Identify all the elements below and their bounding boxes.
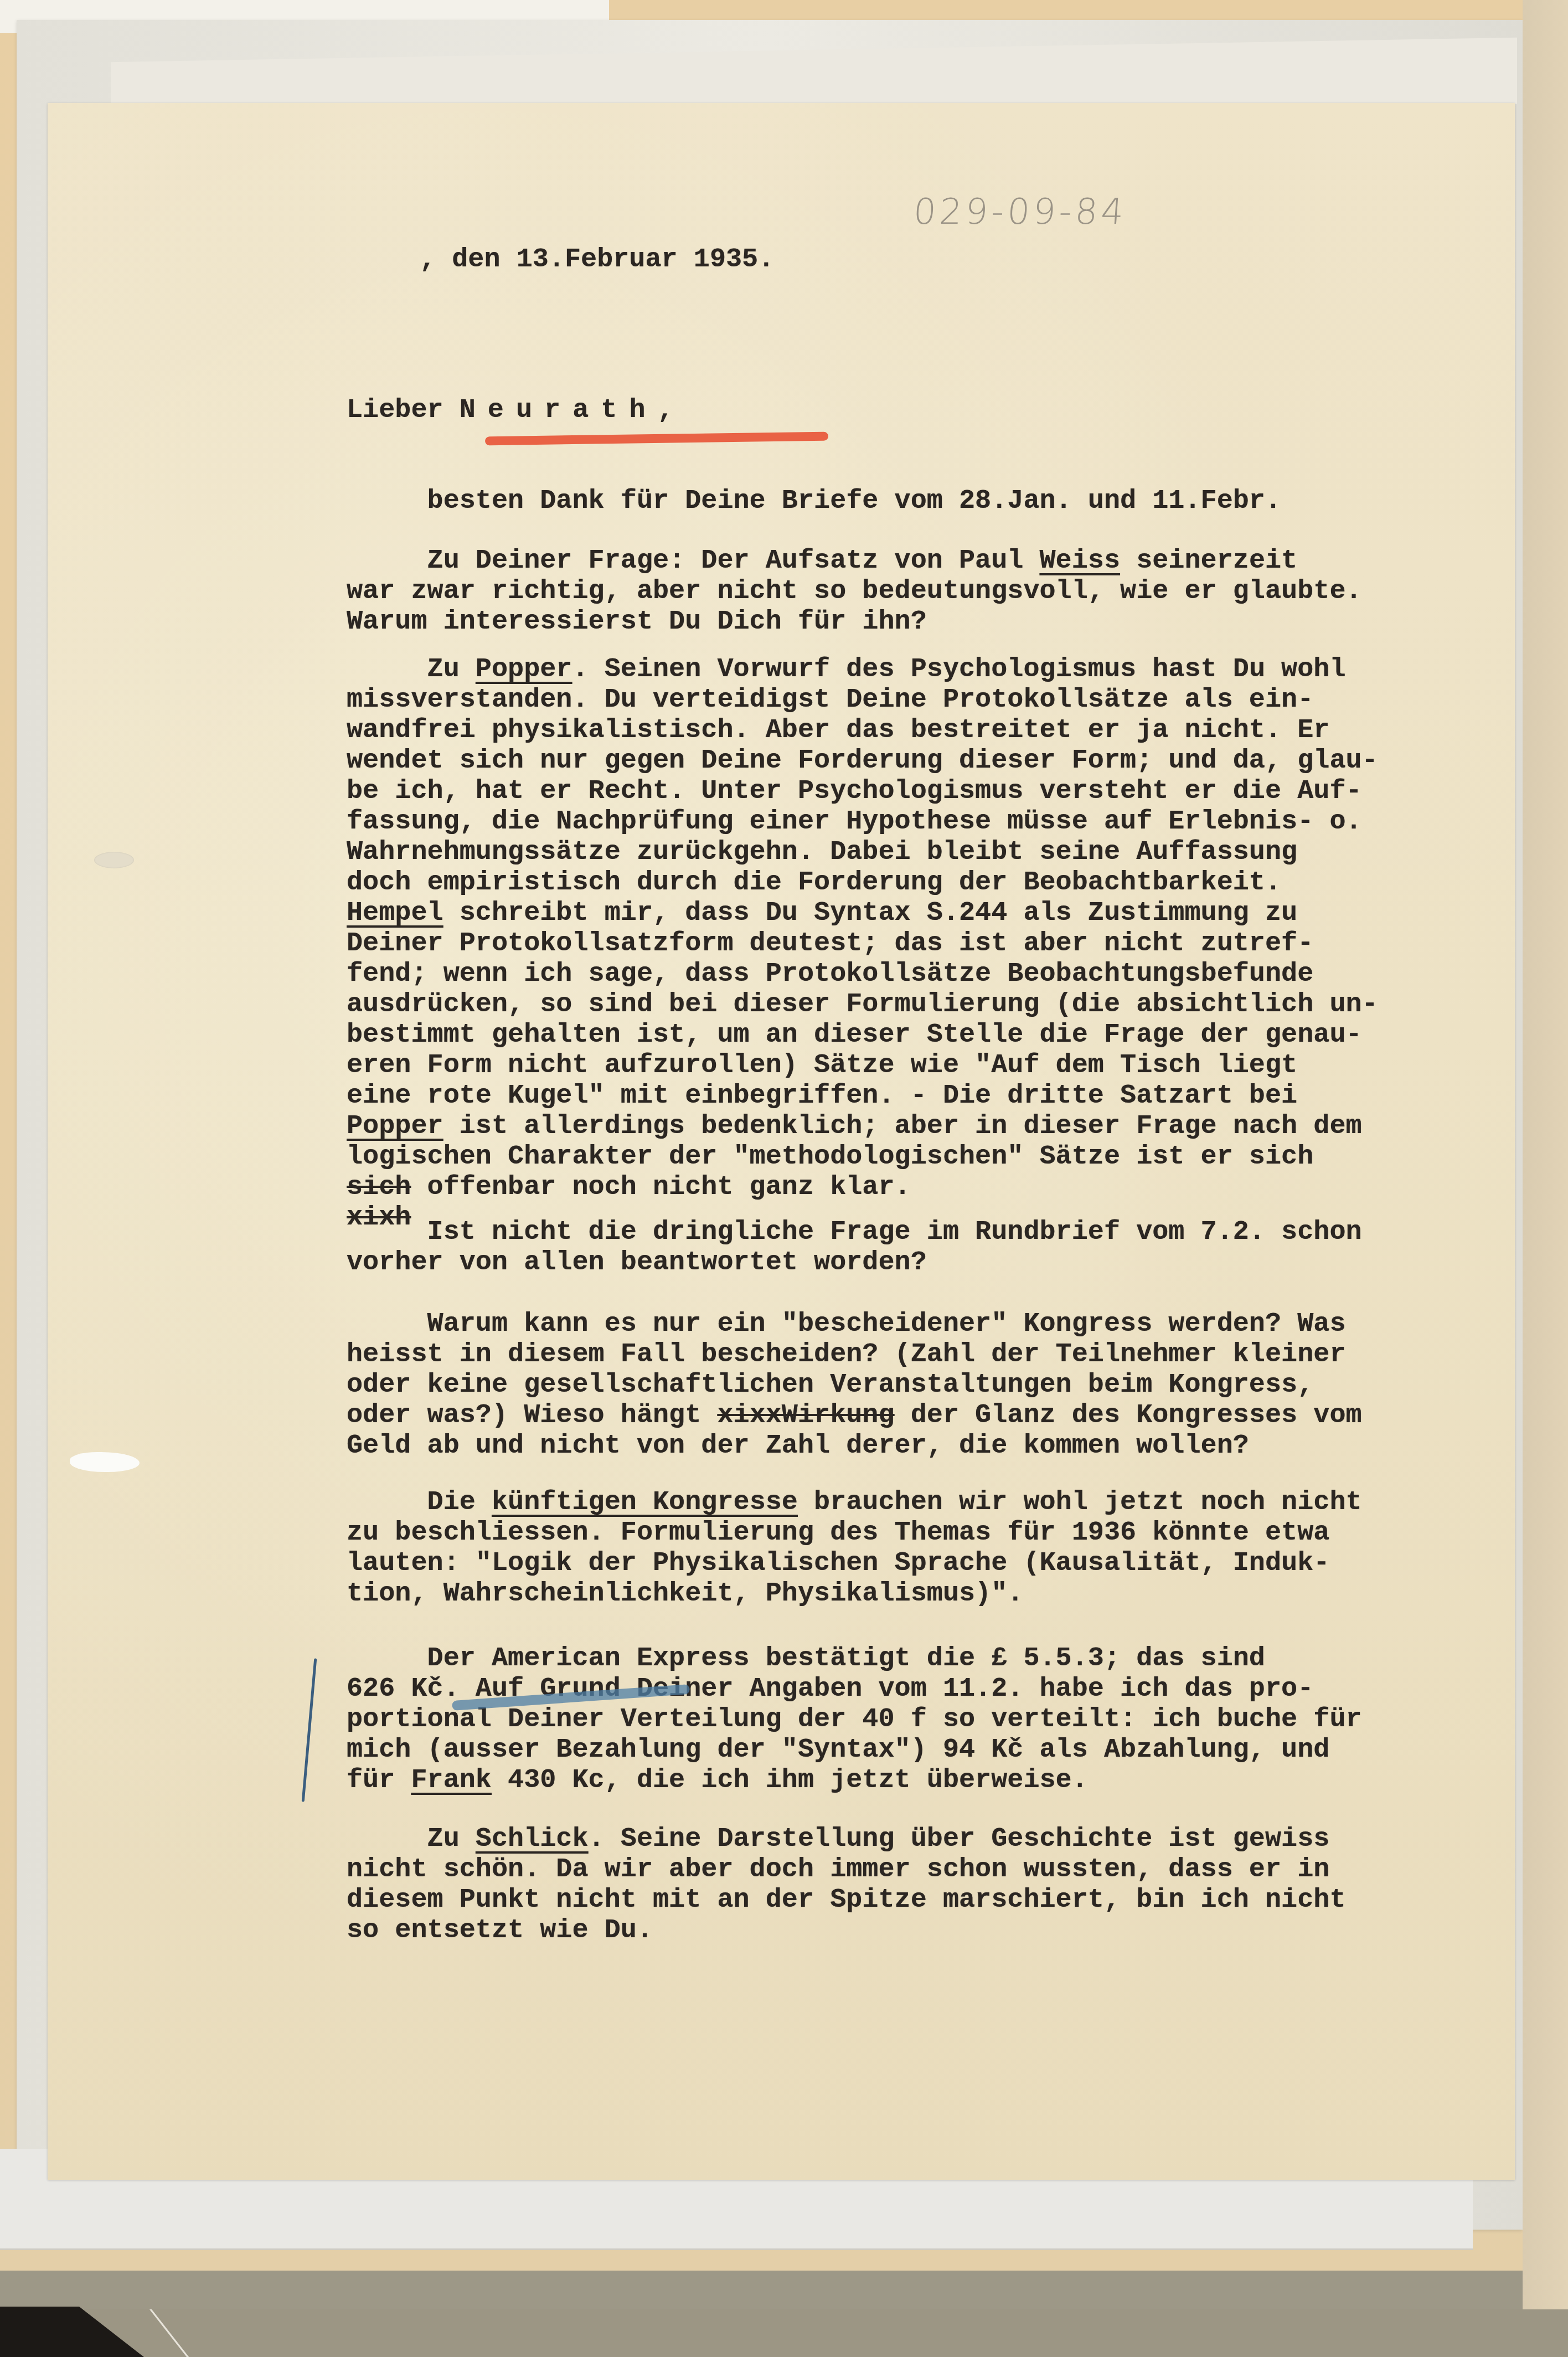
archive-number: 029-09-84	[912, 192, 1128, 233]
text-line: ausdrücken, so sind bei dieser Formulier…	[347, 990, 1537, 1020]
text-line: Deiner Protokollsatzform deutest; das is…	[347, 929, 1537, 959]
text-line: be ich, hat er Recht. Unter Psychologism…	[347, 776, 1537, 807]
text-line: Hempel schreibt mir, dass Du Syntax S.24…	[347, 898, 1537, 929]
text-line: wendet sich nur gegen Deine Forderung di…	[347, 746, 1537, 776]
underlined-word: Popper	[476, 654, 572, 685]
paragraph-popper: Zu Popper. Seinen Vorwurf des Psychologi…	[347, 655, 1537, 1233]
text-line: fassung, die Nachprüfung einer Hypothese…	[347, 807, 1537, 837]
text-line: Ist nicht die dringliche Frage im Rundbr…	[347, 1217, 1537, 1248]
text-line: logischen Charakter der "methodologische…	[347, 1142, 1537, 1172]
underlined-word: Weiss	[1040, 545, 1121, 576]
paragraph-weiss: Zu Deiner Frage: Der Aufsatz von Paul We…	[347, 546, 1537, 637]
paragraph-rundbrief: Ist nicht die dringliche Frage im Rundbr…	[347, 1217, 1537, 1278]
torn-punch-hole	[70, 1452, 140, 1472]
paragraph-thanks: besten Dank für Deine Briefe vom 28.Jan.…	[347, 486, 1537, 517]
paragraph-express: Der American Express bestätigt die £ 5.5…	[347, 1644, 1537, 1796]
text-line: Wahrnehmungssätze zurückgehn. Dabei blei…	[347, 837, 1537, 868]
text-line: Zu Popper. Seinen Vorwurf des Psychologi…	[347, 655, 1537, 685]
text-line: wandfrei physikalistisch. Aber das bestr…	[347, 716, 1537, 746]
text-line: bestimmt gehalten ist, um an dieser Stel…	[347, 1020, 1537, 1051]
paragraph-kongress: Warum kann es nur ein "bescheidener" Kon…	[347, 1309, 1537, 1461]
date-line: , den 13.Februar 1935.	[420, 245, 774, 275]
salutation-name: Neurath	[460, 395, 658, 425]
text-line: so entsetzt wie Du.	[347, 1916, 1537, 1946]
text-line: tion, Wahrscheinlichkeit, Physikalismus)…	[347, 1579, 1537, 1609]
text-line: vorher von allen beantwortet worden?	[347, 1248, 1537, 1278]
text-line: diesem Punkt nicht mit an der Spitze mar…	[347, 1885, 1537, 1916]
salutation-suffix: ,	[657, 395, 673, 425]
struck-word: sich	[347, 1172, 411, 1202]
text-line: nicht schön. Da wir aber doch immer scho…	[347, 1855, 1537, 1885]
text-line: doch empiristisch durch die Forderung de…	[347, 868, 1537, 898]
text-line: fend; wenn ich sage, dass Protokollsätze…	[347, 959, 1537, 990]
text-line: besten Dank für Deine Briefe vom 28.Jan.…	[347, 486, 1537, 517]
text-line: heisst in diesem Fall bescheiden? (Zahl …	[347, 1340, 1537, 1370]
text-line: oder was?) Wieso hängt xixxWirkung der G…	[347, 1401, 1537, 1431]
text-line: mich (ausser Bezahlung der "Syntax") 94 …	[347, 1735, 1537, 1766]
text-line: Warum interessierst Du Dich für ihn?	[347, 607, 1537, 637]
text-line: oder keine gesellschaftlichen Veranstalt…	[347, 1370, 1537, 1401]
text-line: für Frank 430 Kc, die ich ihm jetzt über…	[347, 1766, 1537, 1796]
text-line: zu beschliessen. Formulierung des Themas…	[347, 1518, 1537, 1548]
underlined-word: Frank	[411, 1765, 492, 1795]
underlined-word: künftigen Kongresse	[492, 1487, 798, 1517]
underlined-word: Hempel	[347, 898, 443, 928]
text-line: Die künftigen Kongresse brauchen wir woh…	[347, 1488, 1537, 1518]
letter-page: 029-09-84 , den 13.Februar 1935. Lieber …	[48, 103, 1515, 2180]
text-line: Warum kann es nur ein "bescheidener" Kon…	[347, 1309, 1537, 1340]
text-line: missverstanden. Du verteidigst Deine Pro…	[347, 685, 1537, 716]
text-line: Zu Schlick. Seine Darstellung über Gesch…	[347, 1824, 1537, 1855]
text-line: portional Deiner Verteilung der 40 f so …	[347, 1705, 1537, 1735]
punch-hole	[94, 852, 134, 868]
salutation-prefix: Lieber	[347, 395, 443, 425]
red-pencil-underline	[485, 432, 828, 446]
underlined-word: Popper	[347, 1111, 443, 1141]
text-line: war zwar richtig, aber nicht so bedeutun…	[347, 577, 1537, 607]
text-line: Popper ist allerdings bedenklich; aber i…	[347, 1111, 1537, 1142]
blue-margin-mark	[302, 1658, 317, 1802]
underlined-word: Schlick	[476, 1824, 589, 1854]
text-line: eine rote Kugel" mit einbegriffen. - Die…	[347, 1081, 1537, 1111]
table-surface	[0, 2309, 1568, 2357]
text-line: Zu Deiner Frage: Der Aufsatz von Paul We…	[347, 546, 1537, 577]
text-line: eren Form nicht aufzurollen) Sätze wie "…	[347, 1051, 1537, 1081]
text-line: Der American Express bestätigt die £ 5.5…	[347, 1644, 1537, 1674]
salutation: Lieber Neurath,	[347, 395, 674, 425]
text-line: Geld ab und nicht von der Zahl derer, di…	[347, 1431, 1537, 1461]
text-line: lauten: "Logik der Physikalischen Sprach…	[347, 1548, 1537, 1579]
struck-word: xixxWirkung	[717, 1400, 894, 1430]
paragraph-schlick: Zu Schlick. Seine Darstellung über Gesch…	[347, 1824, 1537, 1946]
text-line: sich offenbar noch nicht ganz klar.	[347, 1172, 1537, 1203]
paragraph-kuenftige: Die künftigen Kongresse brauchen wir woh…	[347, 1488, 1537, 1609]
